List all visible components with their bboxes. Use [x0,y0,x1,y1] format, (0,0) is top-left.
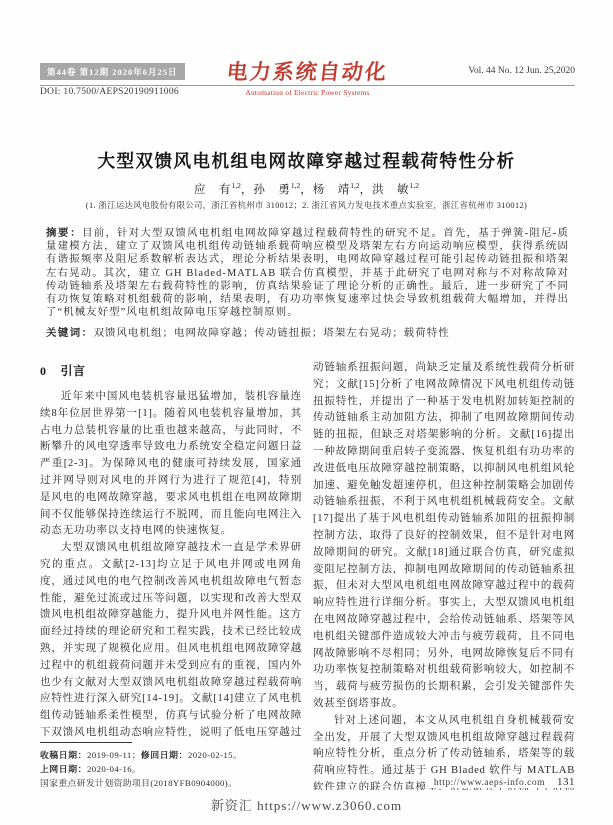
keywords-text: 双馈风电机组；电网故障穿越；传动链扭振；塔架左右晃动；载荷特性 [94,328,450,339]
footnote-funding: 国家重点研发计划资助项目(2018YFB0904000)。 [40,776,302,790]
author-affil-sup: 1,2 [410,181,419,190]
page-footer: http://www.aeps-info.com131 [428,774,575,788]
author-affil-sup: 1,2 [350,181,359,190]
body-paragraph: 大型双馈风电机组故障穿越技术一直是学术界研究的重点。文献[2-13]均立足于风电… [40,540,302,758]
journal-url: http://www.aeps-info.com [434,778,545,788]
author-affil-sup: 1,2 [291,181,300,190]
section-number: 0 [40,364,47,378]
revised-date: 2020-02-15。 [188,750,242,760]
abstract-label: 摘要： [46,228,82,239]
paper-page: 第44卷 第12期 2020年6月25日 电力系统自动化 Vol. 44 No.… [0,0,613,825]
body-paragraph: 近年来中国风电装机容量迅猛增加，装机容量连续8年位居世界第一[1]。随着风电装机… [40,389,302,540]
header-rule [40,85,575,86]
footnote-rule [40,742,132,743]
watermark-text: 新资汇 https://www.z3060.com [0,795,613,814]
keywords-label: 关键词： [46,328,94,339]
section-title: 引言 [61,364,86,378]
received-label: 收稿日期： [40,750,87,760]
page-number: 131 [557,776,575,788]
affiliation: (1. 浙江运达风电股份有限公司，浙江省杭州市 310012；2. 浙江省风力发… [0,199,613,211]
abstract-text: 目前，针对大型双馈风电机组电网故障穿越过程载荷特性的研究不足。首先，基于弹簧-阻… [46,228,569,318]
online-label: 上网日期： [40,764,87,774]
abstract: 摘要：目前，针对大型双馈风电机组电网故障穿越过程载荷特性的研究不足。首先，基于弹… [46,227,569,319]
author: 杨 靖1,2， [313,184,372,196]
author: 应 有1,2， [194,184,253,196]
article-body: 0引言 近年来中国风电装机容量迅猛增加，装机容量连续8年位居世界第一[1]。随着… [40,360,575,790]
footnote-online: 上网日期：2020-04-16。 [40,762,302,776]
journal-name-en: Automation of Electric Power Systems [40,88,575,97]
author-line: 应 有1,2，孙 勇1,2，杨 靖1,2，洪 敏1,2 [0,181,613,197]
body-paragraph: 动链轴系扭振问题，尚缺乏定量及系统性载荷分析研究；文献[15]分析了电网故障情况… [313,360,575,713]
author: 孙 勇1,2， [253,184,312,196]
keywords: 关键词：双馈风电机组；电网故障穿越；传动链扭振；塔架左右晃动；载荷特性 [46,324,569,339]
right-column: 动链轴系扭振问题，尚缺乏定量及系统性载荷分析研究；文献[15]分析了电网故障情况… [313,360,575,790]
online-date: 2020-04-16。 [87,764,141,774]
left-column: 0引言 近年来中国风电装机容量迅猛增加，装机容量连续8年位居世界第一[1]。随着… [40,360,302,790]
author: 洪 敏1,2 [372,184,419,196]
received-date: 2019-09-11； [87,750,141,760]
page-title: 大型双馈风电机组电网故障穿越过程载荷特性分析 [0,148,613,173]
revised-label: 修回日期： [141,750,188,760]
author-affil-sup: 1,2 [232,181,241,190]
footnote-dates: 收稿日期：2019-09-11；修回日期：2020-02-15。 [40,748,302,762]
journal-header: 第44卷 第12期 2020年6月25日 电力系统自动化 Vol. 44 No.… [40,60,575,106]
volume-info: Vol. 44 No. 12 Jun. 25,2020 [468,66,575,76]
footnote-block: 收稿日期：2019-09-11；修回日期：2020-02-15。 上网日期：20… [40,737,302,790]
section-heading: 0引言 [40,362,302,379]
